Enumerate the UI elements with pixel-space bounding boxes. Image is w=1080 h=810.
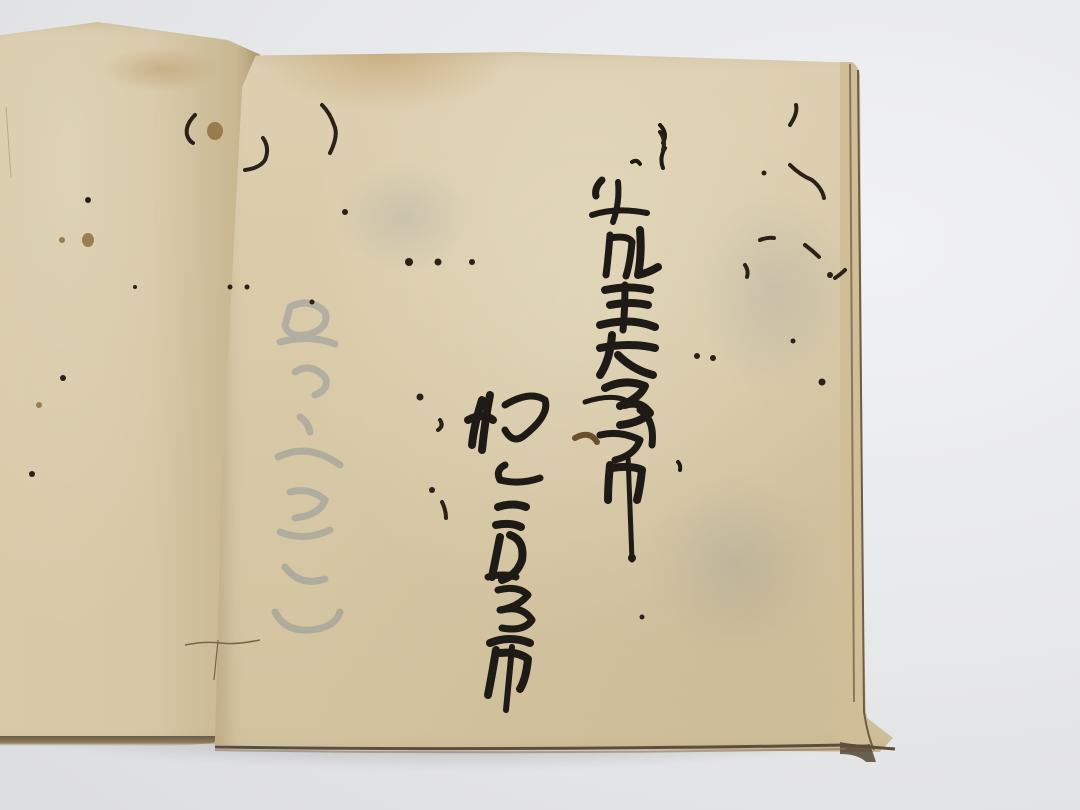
paper-fiber [6, 107, 18, 177]
left-page-bottom-edge [0, 736, 215, 746]
ghost-blotch [695, 192, 855, 392]
ghost-show-through-text [260, 292, 350, 652]
ghost-blotch [335, 162, 475, 272]
bottom-page-edge [205, 735, 915, 765]
top-water-stain [255, 52, 515, 112]
water-stain [100, 47, 220, 92]
main-title-calligraphy [570, 120, 690, 570]
photo-scene [0, 0, 1080, 810]
secondary-calligraphy [460, 385, 570, 715]
page-stack-edge [840, 62, 910, 762]
